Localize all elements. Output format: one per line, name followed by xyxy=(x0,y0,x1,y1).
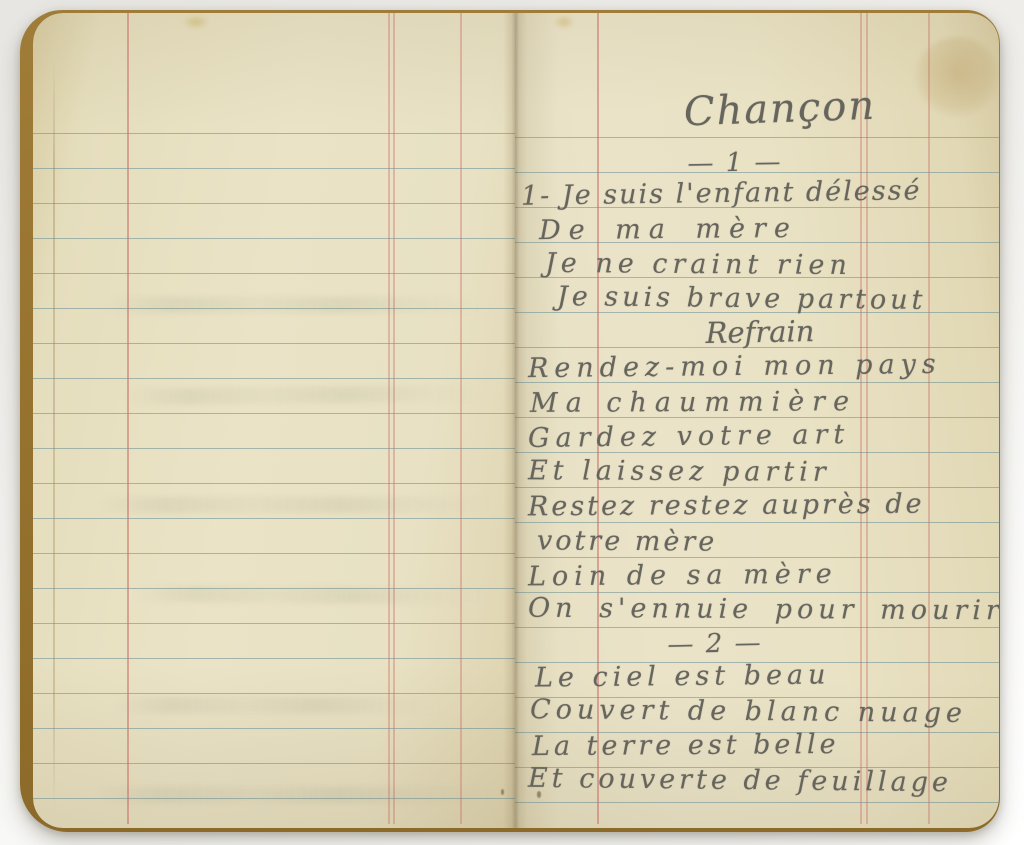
lyric-line: Couvert de blanc nuage xyxy=(530,694,967,730)
ink-showthrough xyxy=(93,497,493,513)
lyric-line: Et laissez partir xyxy=(528,455,831,489)
right-page: Chançon — 1 — 1- Je suis l'enfant déless… xyxy=(515,13,999,828)
lyric-line: 1- Je suis l'enfant délessé xyxy=(521,175,922,213)
paper-stain xyxy=(553,15,575,29)
lyric-line: votre mère xyxy=(537,525,718,558)
lyric-line: Je suis brave partout xyxy=(557,281,927,317)
lyric-line: Restez restez auprès de xyxy=(528,489,925,524)
lyric-line: La terre est belle xyxy=(532,729,840,763)
spine-fold xyxy=(503,13,527,828)
lyric-line: Rendez-moi mon pays xyxy=(528,349,942,385)
notebook-photo: Chançon — 1 — 1- Je suis l'enfant déless… xyxy=(0,0,1024,845)
notebook-pages: Chançon — 1 — 1- Je suis l'enfant déless… xyxy=(33,13,999,828)
song-title: Chançon xyxy=(620,87,941,130)
paper-stain xyxy=(183,15,209,29)
lyric-line: On s'ennuie pour mourir xyxy=(528,593,999,627)
red-rule-left-outer xyxy=(460,13,462,824)
page-stack-edge xyxy=(53,58,55,810)
ink-showthrough xyxy=(113,697,443,713)
lyric-line: De ma mère xyxy=(539,213,798,247)
refrain-heading: Refrain xyxy=(685,315,836,350)
left-page xyxy=(33,13,515,828)
ink-showthrough xyxy=(103,297,483,313)
lyric-line: Le ciel est beau xyxy=(535,659,831,694)
ink-showthrough xyxy=(133,585,483,604)
verse-1-marker: — 1 — xyxy=(675,146,796,180)
lyric-line: Et couverte de feuillage xyxy=(528,763,952,799)
lyric-line: Gardez votre art xyxy=(528,419,851,455)
ink-showthrough xyxy=(93,787,493,803)
lyric-line: Loin de sa mère xyxy=(528,559,838,594)
lyric-line: Je ne craint rien xyxy=(545,248,852,282)
verse-2-marker: — 2 — xyxy=(655,627,776,662)
lyric-line: Ma chaummière xyxy=(530,386,857,420)
